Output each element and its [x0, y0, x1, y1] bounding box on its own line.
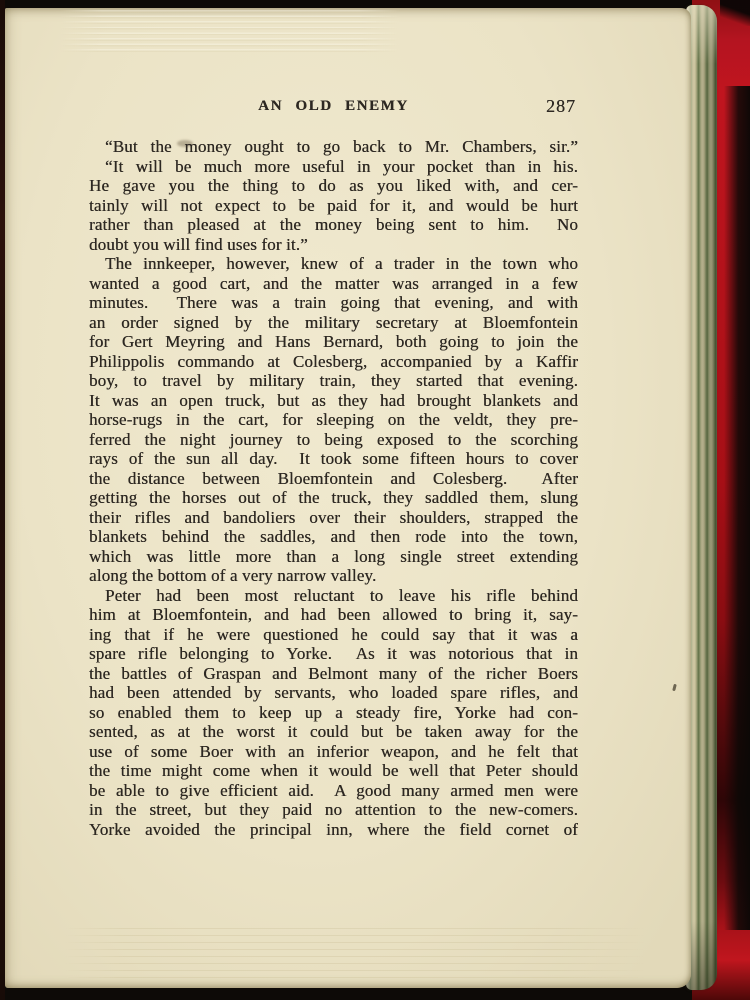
- scanned-book-page: AN OLD ENEMY 287 “But the money ought to…: [0, 0, 750, 1000]
- text-line: along the bottom of a very narrow valley…: [89, 566, 578, 586]
- body-text: “But the money ought to go back to Mr. C…: [89, 137, 578, 839]
- running-header-title: AN OLD ENEMY: [89, 98, 578, 115]
- text-line: rays of the sun all day. It took some fi…: [89, 449, 578, 469]
- text-line: Peter had been most reluctant to leave h…: [89, 586, 578, 606]
- text-line: the distance between Bloemfontein and Co…: [89, 469, 578, 489]
- text-line: ing that if he were questioned he could …: [89, 625, 578, 645]
- text-line: blankets behind the saddles, and then ro…: [89, 527, 578, 547]
- text-line: It was an open truck, but as they had br…: [89, 391, 578, 411]
- text-line: sented, as at the worst it could but be …: [89, 722, 578, 742]
- text-line: which was little more than a long single…: [89, 547, 578, 567]
- text-line: him at Bloemfontein, and had been allowe…: [89, 605, 578, 625]
- text-line: Yorke avoided the principal inn, where t…: [89, 820, 578, 840]
- text-line: for Gert Meyring and Hans Bernard, both …: [89, 332, 578, 352]
- page-number: 287: [546, 96, 576, 117]
- text-line: horse-rugs in the cart, for sleeping on …: [89, 410, 578, 430]
- text-line: He gave you the thing to do as you liked…: [89, 176, 578, 196]
- text-line: in the street, but they paid no attentio…: [89, 800, 578, 820]
- running-header-row: AN OLD ENEMY 287: [89, 98, 578, 120]
- text-line: the time might come when it would be wel…: [89, 761, 578, 781]
- text-line: wanted a good cart, and the matter was a…: [89, 274, 578, 294]
- text-line: had been attended by servants, who loade…: [89, 683, 578, 703]
- text-line: the battles of Graspan and Belmont many …: [89, 664, 578, 684]
- text-line: doubt you will find uses for it.”: [89, 235, 578, 255]
- page-edge-streaks-top: [60, 10, 400, 54]
- text-line: an order signed by the military secretar…: [89, 313, 578, 333]
- text-line: minutes. There was a train going that ev…: [89, 293, 578, 313]
- text-line: Philippolis commando at Colesberg, accom…: [89, 352, 578, 372]
- text-line: “It will be much more useful in your poc…: [89, 157, 578, 177]
- text-line: use of some Boer with an inferior weapon…: [89, 742, 578, 762]
- text-line: so enabled them to keep up a steady fire…: [89, 703, 578, 723]
- text-line: “But the money ought to go back to Mr. C…: [89, 137, 578, 157]
- text-line: spare rifle belonging to Yorke. As it wa…: [89, 644, 578, 664]
- text-line: tainly will not expect to be paid for it…: [89, 196, 578, 216]
- text-line: their rifles and bandoliers over their s…: [89, 508, 578, 528]
- book-page: AN OLD ENEMY 287 “But the money ought to…: [5, 8, 691, 988]
- page-edge-streaks-bottom: [65, 928, 645, 980]
- text-line: boy, to travel by military train, they s…: [89, 371, 578, 391]
- text-line: be able to give efficient aid. A good ma…: [89, 781, 578, 801]
- text-line: ferred the night journey to being expose…: [89, 430, 578, 450]
- ink-speck: [672, 684, 677, 692]
- text-line: The innkeeper, however, knew of a trader…: [89, 254, 578, 274]
- text-line: rather than pleased at the money being s…: [89, 215, 578, 235]
- text-line: getting the horses out of the truck, the…: [89, 488, 578, 508]
